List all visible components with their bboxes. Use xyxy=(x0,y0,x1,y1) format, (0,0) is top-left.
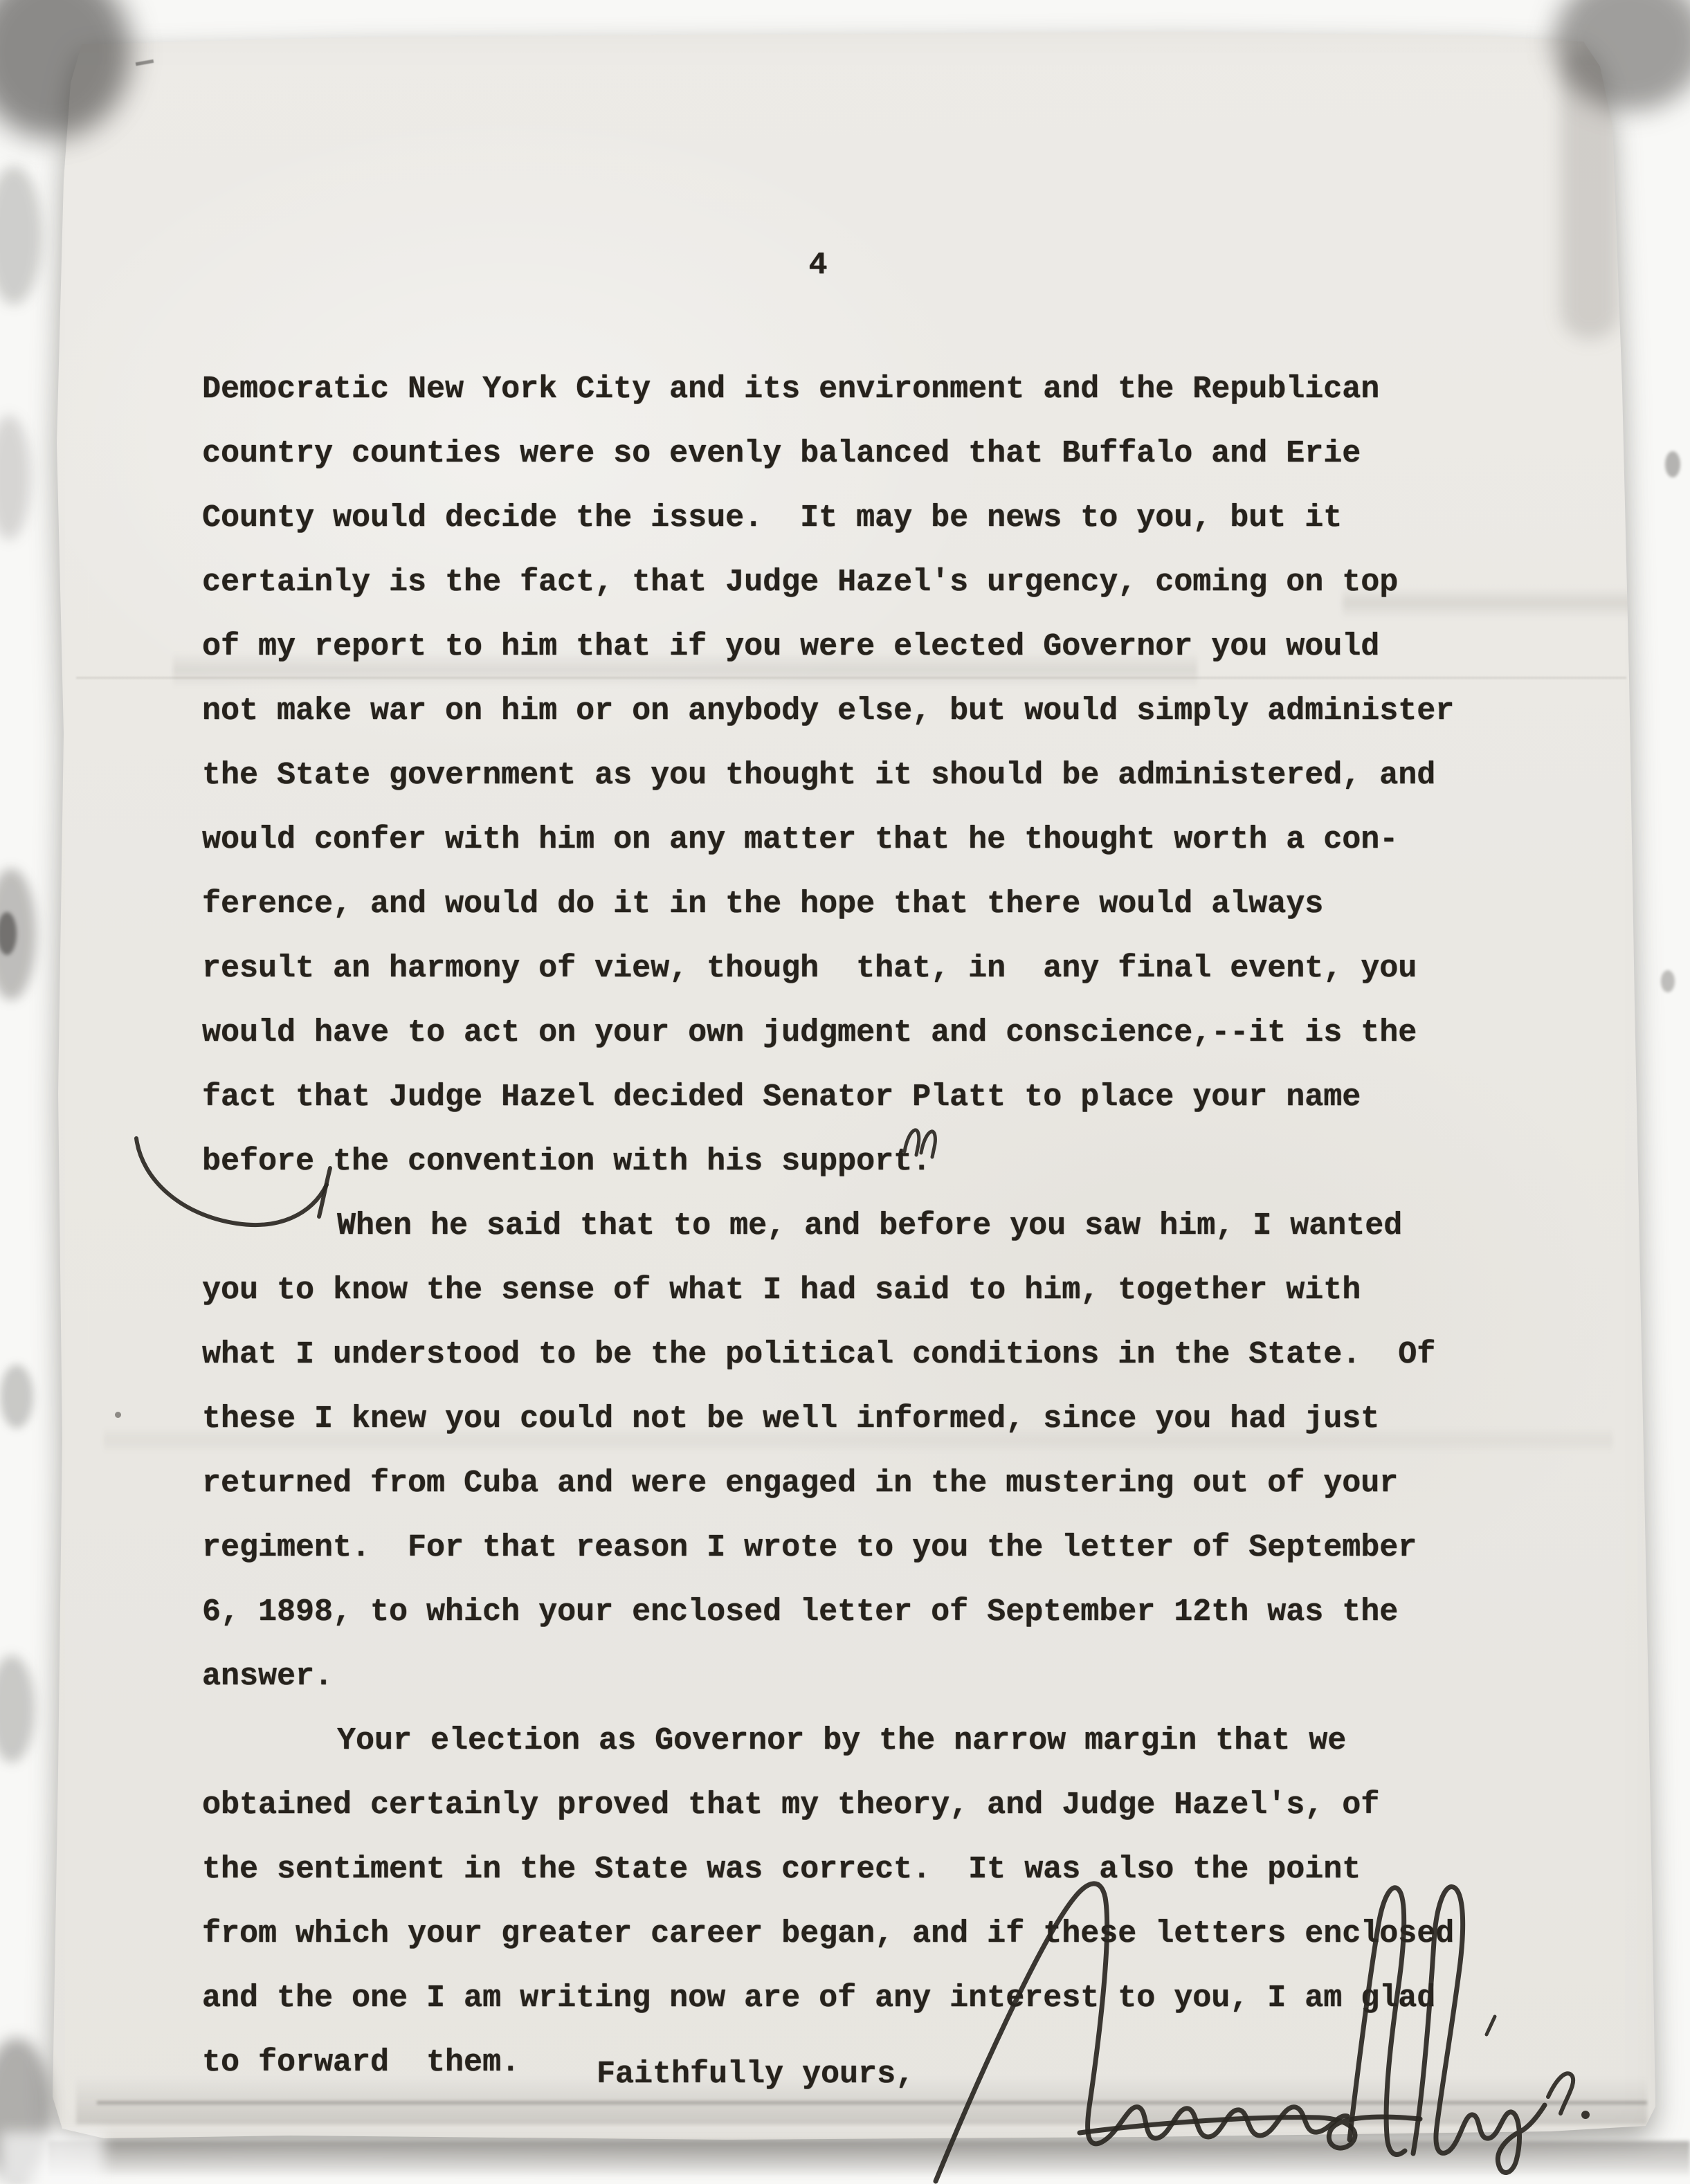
insertion-mark xyxy=(905,1130,919,1155)
signature-ink-quigg xyxy=(1350,1887,1545,2173)
signature-ink-dot xyxy=(1581,2111,1590,2119)
scanned-letter-page: 4 Democratic New York City and its envir… xyxy=(0,0,1690,2184)
handwriting-ink-layer xyxy=(0,0,1690,2184)
signature-ink-final-s xyxy=(1548,2073,1573,2113)
insertion-mark-2 xyxy=(921,1131,935,1157)
margin-check-mark xyxy=(136,1138,327,1225)
signature-ink-lemuel xyxy=(936,1884,1347,2181)
signature-ink-accent xyxy=(1487,2017,1495,2035)
